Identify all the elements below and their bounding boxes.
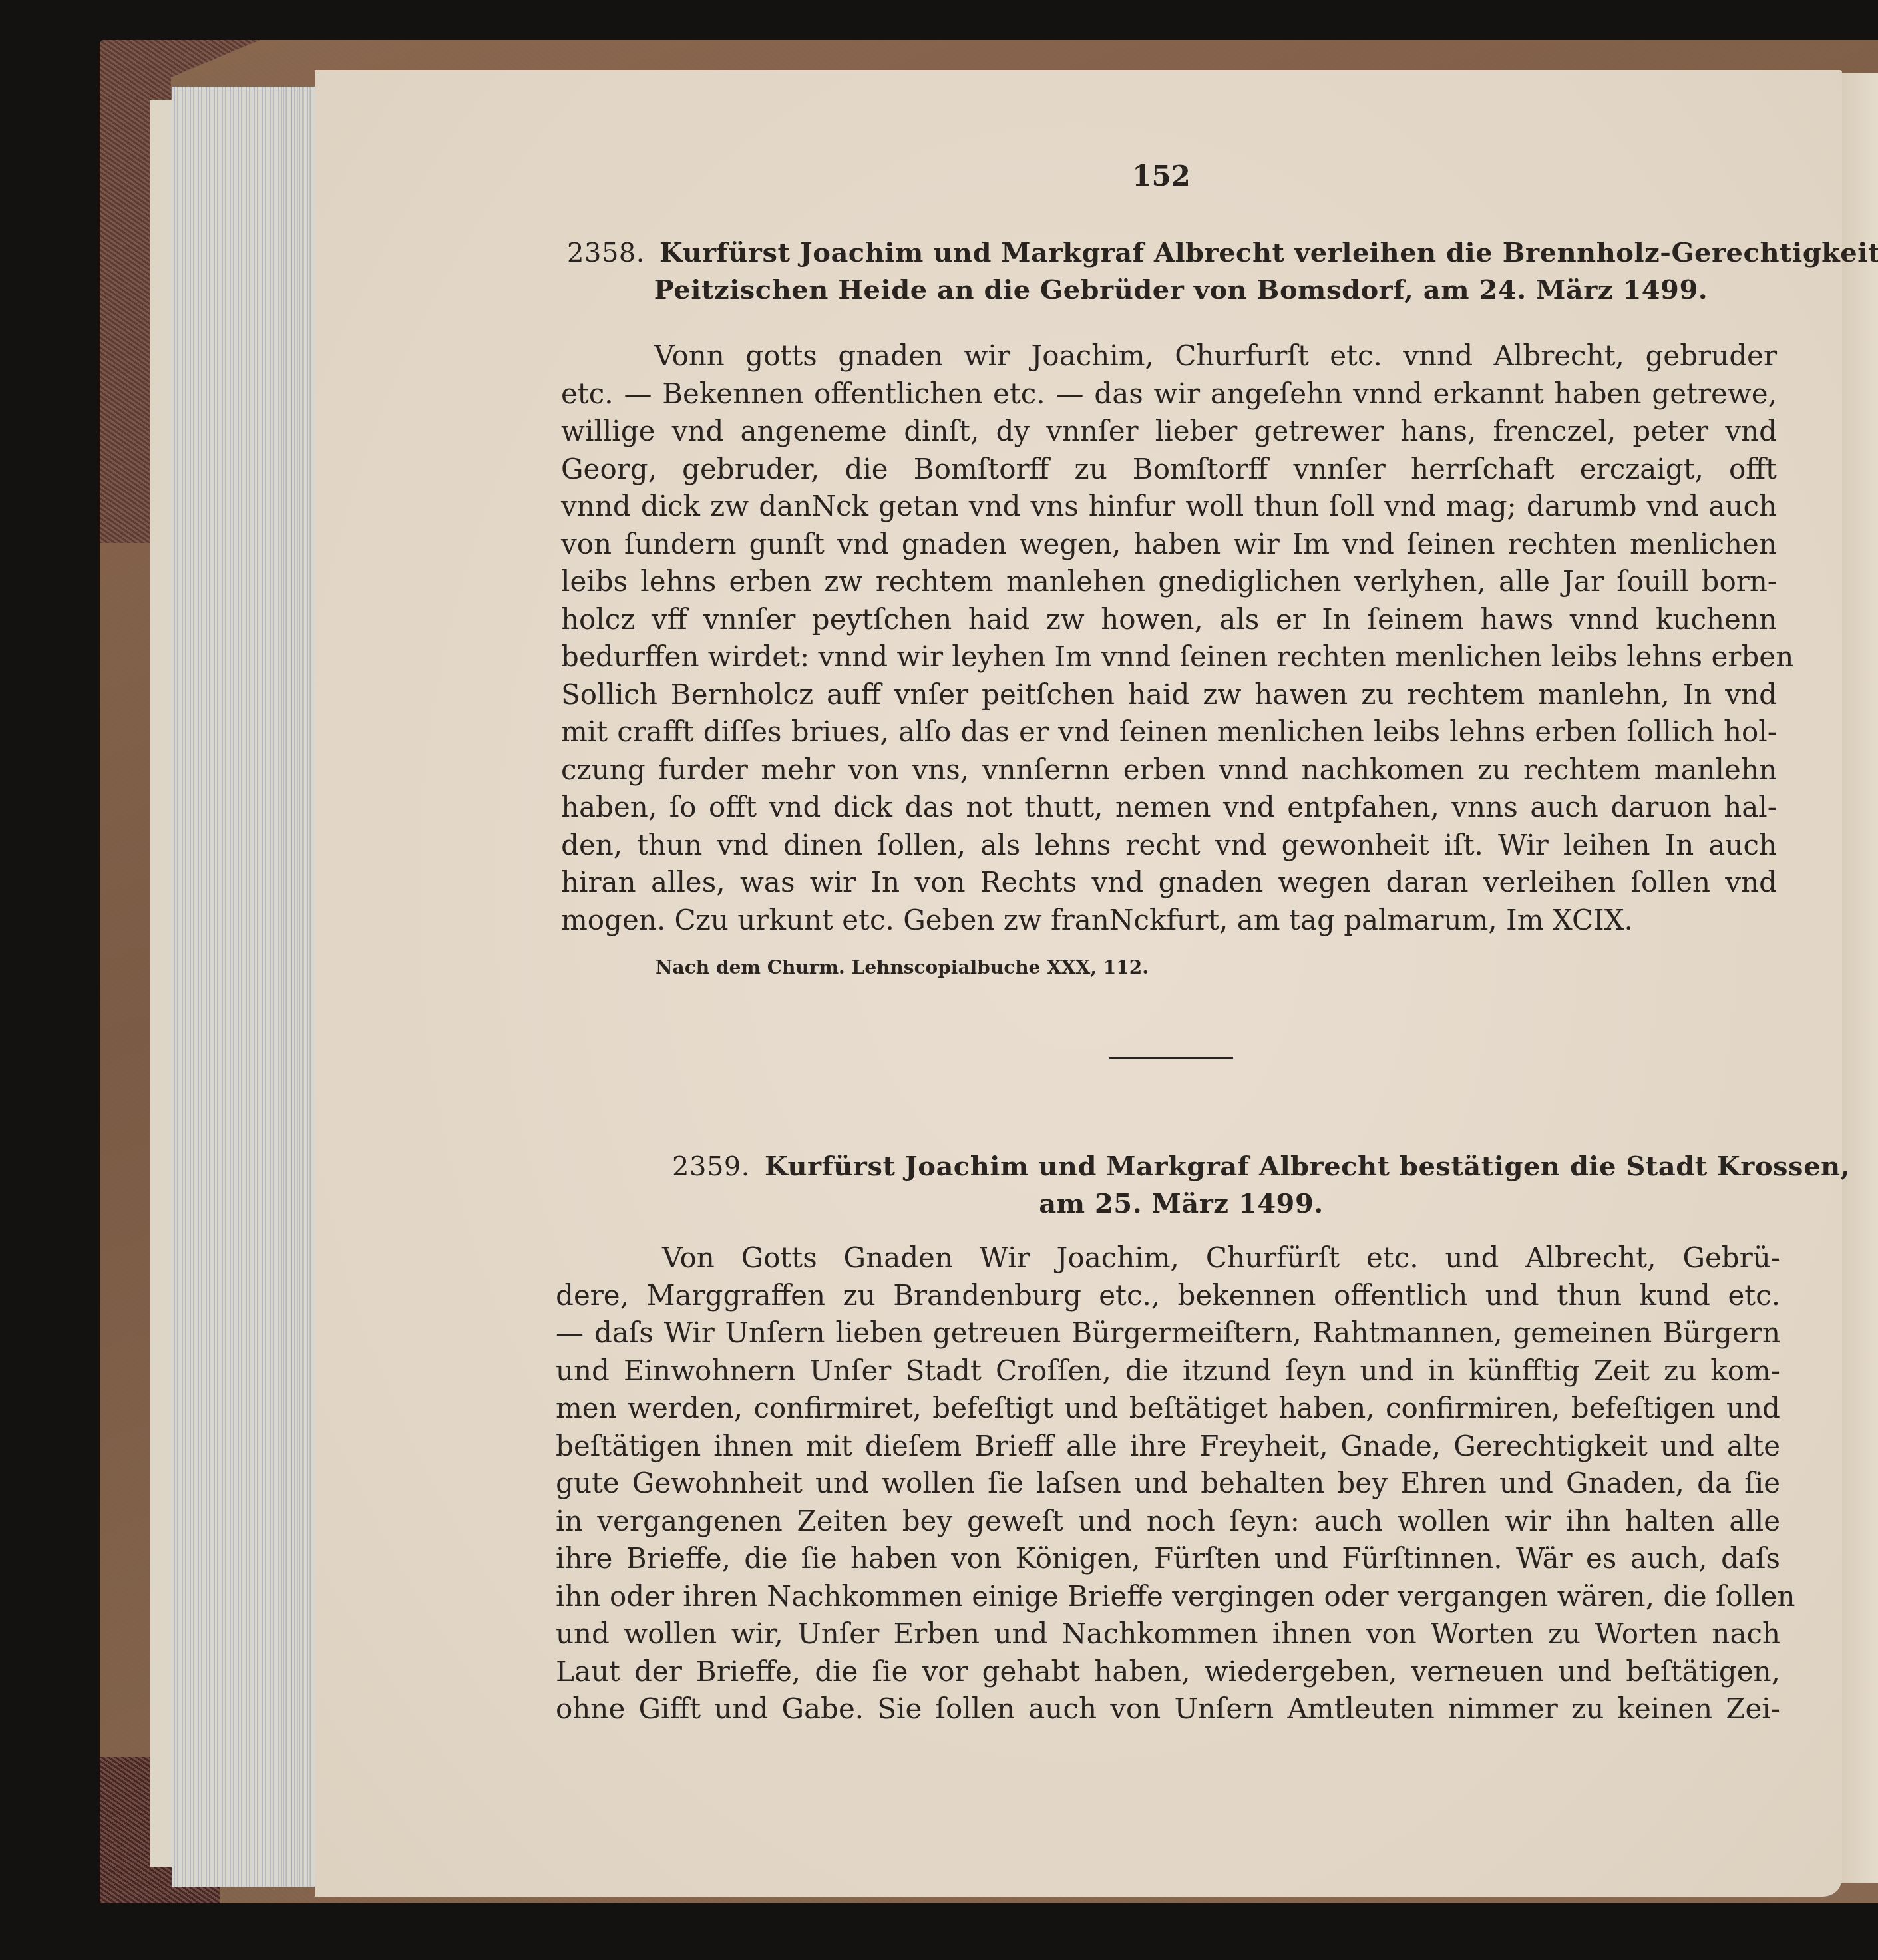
page-stack-fore-edge [172, 87, 315, 1887]
text-line: ihre Brieffe, die ſie haben von Königen,… [556, 1540, 1780, 1578]
text-line: dere, Marggraffen zu Brandenburg etc., b… [556, 1277, 1780, 1315]
text-line: ohne Gifft und Gabe. Sie ſollen auch von… [556, 1690, 1780, 1728]
text-line: czung furder mehr von vns, vnnſernn erbe… [561, 751, 1777, 789]
text-line: Sollich Bernholcz auff vnſer peitſchen h… [561, 676, 1777, 714]
text-line: Vonn gotts gnaden wir Joachim, Churfurſt… [561, 337, 1777, 375]
text-line: mit crafft diſſes briues, alſo das er vn… [561, 713, 1777, 751]
text-line: von ſundern gunſt vnd gnaden wegen, habe… [561, 526, 1777, 564]
text-line: vnnd dick zw danNck getan vnd vns hinfur… [561, 488, 1777, 526]
text-line: leibs lehns erben zw rechtem manlehen gn… [561, 563, 1777, 601]
text-line: und Einwohnern Unſer Stadt Croſſen, die … [556, 1352, 1780, 1390]
page-number: 152 [1131, 160, 1191, 192]
text-line: haben, ſo offt vnd dick das not thutt, n… [561, 789, 1777, 827]
document-heading-2359: 2359.Kurfürst Joachim und Markgraf Albre… [672, 1148, 1690, 1223]
text-line: Laut der Brieffe, die ſie vor gehabt hab… [556, 1653, 1780, 1691]
source-citation: Nach dem Churm. Lehnscopialbuche XXX, 11… [656, 956, 1149, 978]
heading-line: Peitzischen Heide an die Gebrüder von Bo… [567, 272, 1782, 309]
text-line: in vergangenen Zeiten bey geweſt und noc… [556, 1503, 1780, 1541]
text-line: hiran alles, was wir In von Rechts vnd g… [561, 864, 1777, 902]
heading-line: Kurfürst Joachim und Markgraf Albrecht v… [659, 237, 1878, 268]
heading-line: am 25. März 1499. [672, 1185, 1690, 1223]
text-line: beſtätigen ihnen mit dieſem Brieff alle … [556, 1428, 1780, 1466]
text-line: willige vnd angeneme dinſt, dy vnnſer li… [561, 413, 1777, 451]
document-number: 2358. [567, 238, 645, 268]
text-line: mogen. Czu urkunt etc. Geben zw franNckf… [561, 902, 1777, 940]
document-body-2359: Von Gotts Gnaden Wir Joachim, Churfürſt … [556, 1239, 1780, 1728]
document-heading-2358: 2358.Kurfürst Joachim und Markgraf Albre… [567, 234, 1782, 309]
document-number: 2359. [672, 1151, 750, 1182]
heading-line: Kurfürst Joachim und Markgraf Albrecht b… [765, 1151, 1850, 1182]
adjacent-page-edge [1840, 73, 1878, 1883]
text-line: etc. — Bekennen offentlichen etc. — das … [561, 375, 1777, 413]
text-line: — daſs Wir Unſern lieben getreuen Bürger… [556, 1314, 1780, 1352]
document-body-2358: Vonn gotts gnaden wir Joachim, Churfurſt… [561, 337, 1777, 939]
text-line: men werden, confirmiret, befeſtigt und b… [556, 1390, 1780, 1428]
text-line: Georg, gebruder, die Bomſtorff zu Bomſto… [561, 451, 1777, 489]
section-divider [1109, 1057, 1233, 1059]
text-line: Von Gotts Gnaden Wir Joachim, Churfürſt … [556, 1239, 1780, 1277]
text-line: bedurffen wirdet: vnnd wir leyhen Im vnn… [561, 638, 1777, 676]
text-line: holcz vff vnnſer peytſchen haid zw howen… [561, 601, 1777, 639]
text-line: ihn oder ihren Nachkommen einige Brieffe… [556, 1578, 1780, 1616]
text-line: den, thun vnd dinen ſollen, als lehns re… [561, 827, 1777, 865]
text-line: und wollen wir, Unſer Erben und Nachkomm… [556, 1615, 1780, 1653]
text-line: gute Gewohnheit und wollen ſie laſsen un… [556, 1465, 1780, 1503]
